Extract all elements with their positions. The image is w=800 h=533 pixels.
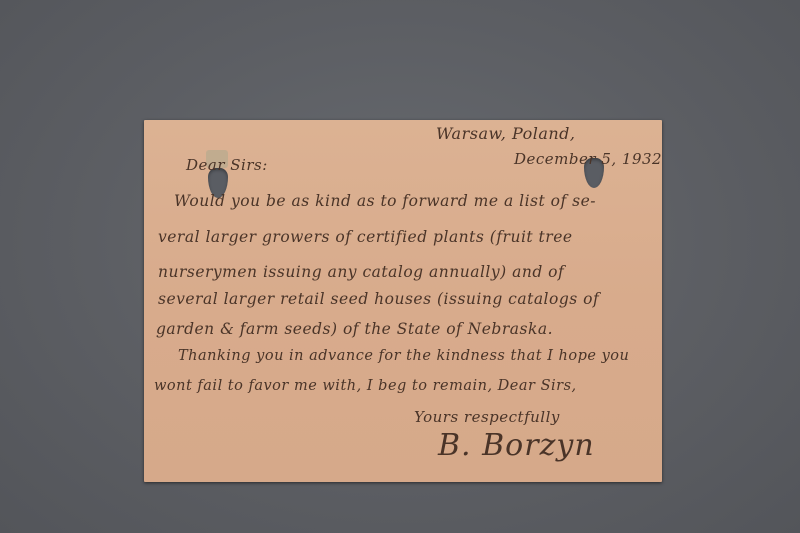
body-line-1: Would you be as kind as to forward me a … [174, 192, 596, 210]
body-line-4: several larger retail seed houses (issui… [158, 290, 599, 308]
body-line-7: wont fail to favor me with, I beg to rem… [154, 378, 577, 394]
body-line-3: nurserymen issuing any catalog annually)… [158, 263, 564, 281]
date-line: December 5, 1932 [514, 150, 662, 168]
body-line-6: Thanking you in advance for the kindness… [178, 348, 629, 364]
salutation: Dear Sirs: [186, 156, 268, 174]
body-line-2: veral larger growers of certified plants… [158, 228, 573, 246]
postcard: Warsaw, Poland, December 5, 1932 Dear Si… [144, 120, 662, 482]
signature: B. Borzyn [438, 428, 595, 463]
place-line: Warsaw, Poland, [436, 124, 576, 143]
body-line-5: garden & farm seeds) of the State of Neb… [156, 320, 553, 338]
closing: Yours respectfully [414, 408, 560, 426]
